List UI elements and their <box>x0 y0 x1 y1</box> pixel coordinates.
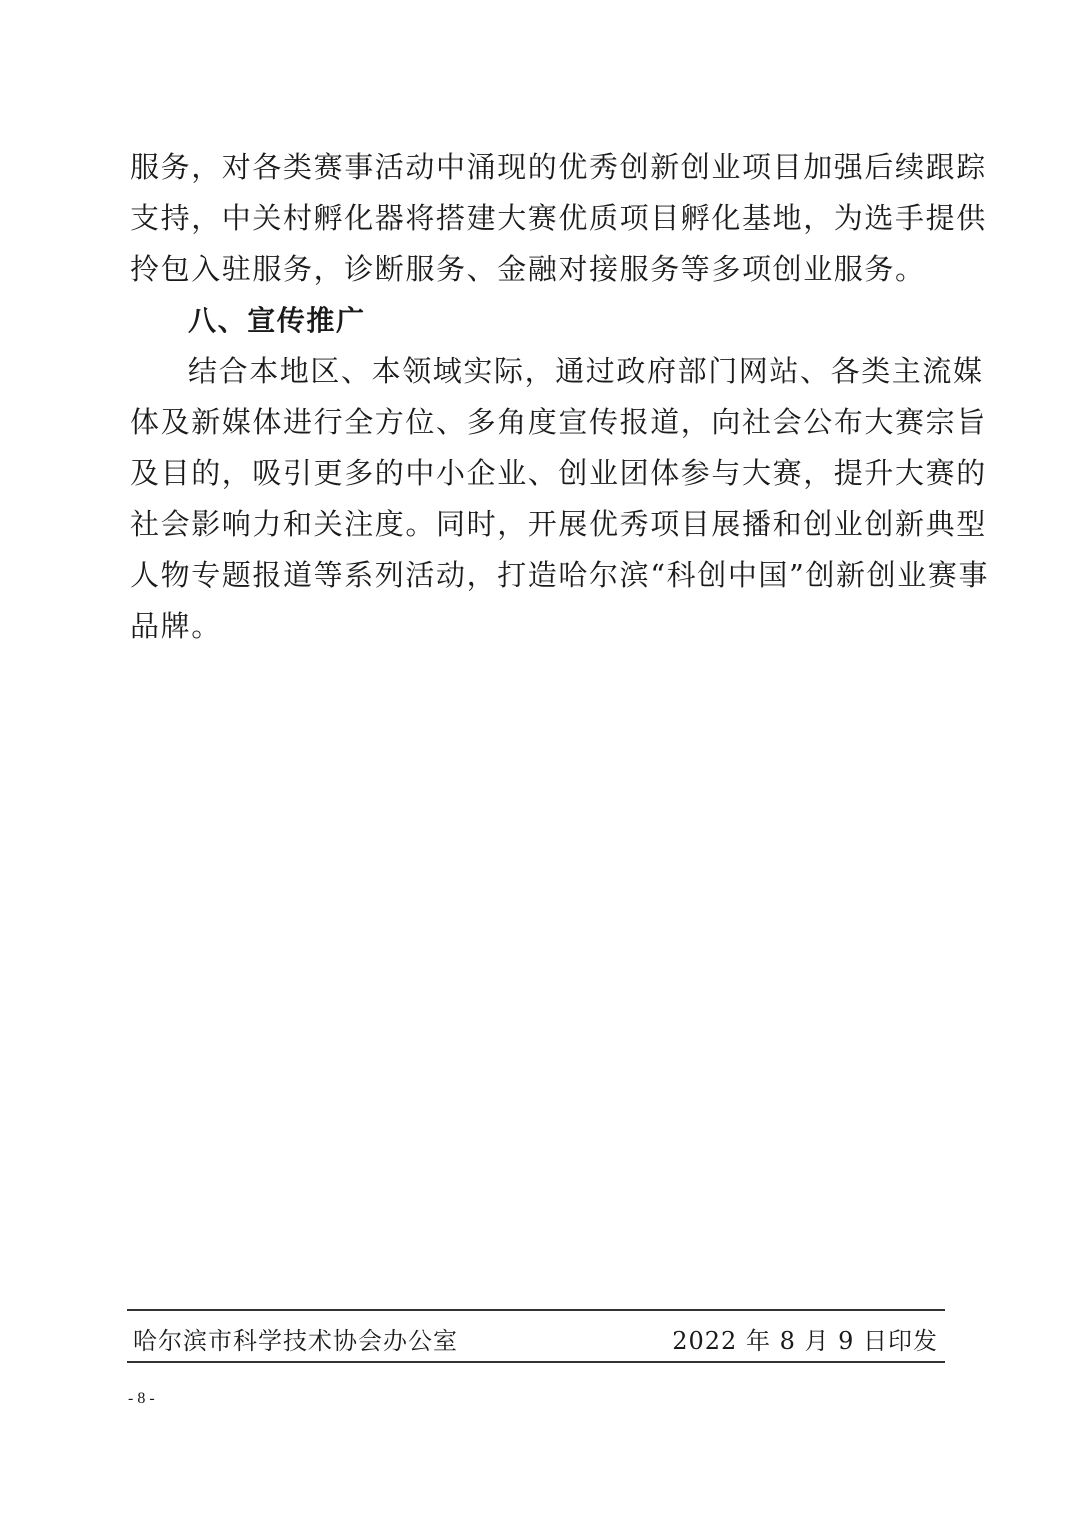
footer-bottom-rule <box>127 1361 945 1363</box>
text-line: 人物专题报道等系列活动，打造哈尔滨“科创中国”创新创业赛事 <box>130 550 950 601</box>
text-line: 服务，对各类赛事活动中涌现的优秀创新创业项目加强后续跟踪 <box>130 142 950 193</box>
text-line: 体及新媒体进行全方位、多角度宣传报道，向社会公布大赛宗旨 <box>130 397 950 448</box>
document-body: 服务，对各类赛事活动中涌现的优秀创新创业项目加强后续跟踪 支持，中关村孵化器将搭… <box>130 142 950 652</box>
text-line: 拎包入驻服务，诊断服务、金融对接服务等多项创业服务。 <box>130 244 950 295</box>
text-line: 支持，中关村孵化器将搭建大赛优质项目孵化基地，为选手提供 <box>130 193 950 244</box>
page-number: - 8 - <box>128 1390 155 1408</box>
text-line: 及目的，吸引更多的中小企业、创业团体参与大赛，提升大赛的 <box>130 448 950 499</box>
footer-issuance-row: 哈尔滨市科学技术协会办公室 2022 年 8 月 9 日印发 <box>133 1316 938 1360</box>
text-line: 社会影响力和关注度。同时，开展优秀项目展播和创业创新典型 <box>130 499 950 550</box>
footer-issue-date: 2022 年 8 月 9 日印发 <box>672 1321 938 1356</box>
text-line: 品牌。 <box>130 601 950 652</box>
document-page: 服务，对各类赛事活动中涌现的优秀创新创业项目加强后续跟踪 支持，中关村孵化器将搭… <box>0 0 1080 1527</box>
footer-issuer: 哈尔滨市科学技术协会办公室 <box>133 1321 458 1356</box>
footer-top-rule <box>127 1309 945 1311</box>
section-heading: 八、宣传推广 <box>130 295 950 346</box>
text-line: 结合本地区、本领域实际，通过政府部门网站、各类主流媒 <box>130 346 950 397</box>
